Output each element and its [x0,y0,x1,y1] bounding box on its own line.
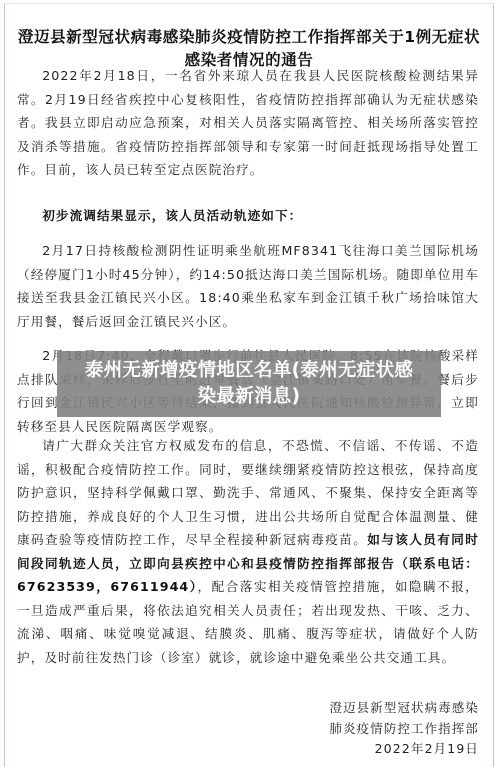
paragraph-trace-intro: 初步流调结果显示，该人员活动轨迹如下： [17,204,479,228]
notice-text: 请广大群众关注官方权威发布的信息，不恐慌、不信谣、不传谣、不造谣，积极配合疫情防… [17,438,479,547]
paragraph-trace-feb17: 2月17日持核酸检测阴性证明乘坐航班MF8341飞往海口美兰国际机场（经停厦门1… [17,239,479,333]
caption-overlay: 泰州无新增疫情地区名单(泰州无症状感染最新消息) [57,351,441,417]
signature-block: 澄迈县新型冠状病毒感染 肺炎疫情防控工作指挥部 2022年2月19日 [330,698,480,760]
paragraph-announcement: 2022年2月18日，一名省外来琼人员在我县人民医院核酸检测结果异常。2月19日… [17,64,479,182]
overlay-caption: 泰州无新增疫情地区名单(泰州无症状感染最新消息) [84,358,414,410]
signature-date: 2022年2月19日 [330,739,480,760]
paragraph-public-notice: 请广大群众关注官方权威发布的信息，不恐慌、不信谣、不传谣、不造谣，积极配合疫情防… [17,434,479,669]
signature-org-line2: 肺炎疫情防控工作指挥部 [330,719,480,740]
signature-org-line1: 澄迈县新型冠状病毒感染 [330,698,480,719]
